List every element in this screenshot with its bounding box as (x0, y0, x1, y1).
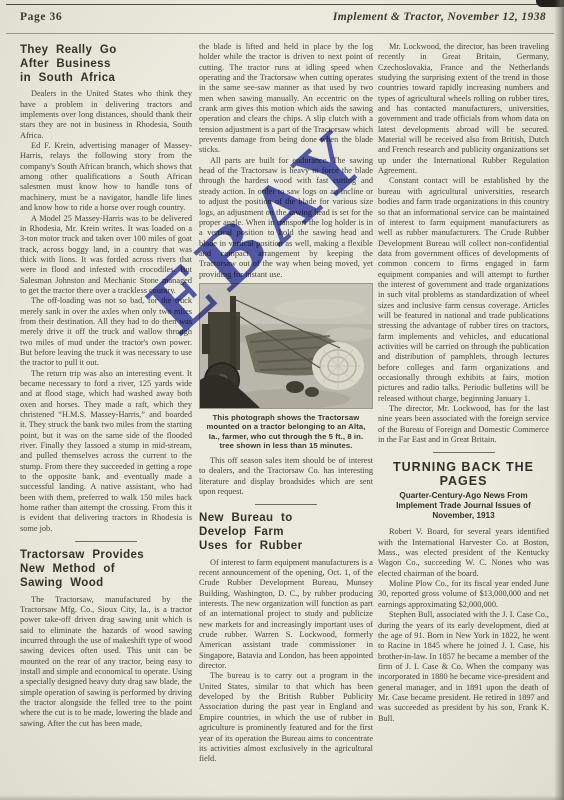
top-rule (6, 4, 554, 5)
title-line: They Really Go (20, 44, 192, 58)
turning-back-subtitle: Quarter-Century-Ago News From Implement … (384, 491, 543, 521)
paragraph: Moline Plow Co., for its fiscal year end… (378, 579, 549, 610)
section-divider (75, 541, 137, 542)
title-line: After Business (20, 58, 192, 72)
title-line: Uses for Rubber (199, 540, 373, 554)
page-header: Page 36 Implement & Tractor, November 12… (20, 11, 546, 23)
paragraph: The bureau is to carry out a program in … (199, 671, 373, 764)
column-2: the blade is lifted and held in place by… (199, 42, 373, 796)
title-line: New Method of (20, 563, 192, 577)
scan-right-edge (554, 0, 564, 800)
title-line: in South Africa (20, 72, 192, 86)
paragraph: Robert V. Board, for several years ident… (378, 527, 549, 579)
paragraph: Dealers in the United States who think t… (20, 89, 192, 141)
article-title-south-africa: They Really Go After Business in South A… (20, 44, 192, 85)
paragraph: All parts are built for endurance. The s… (199, 156, 373, 280)
tractorsaw-photo-image (199, 283, 373, 409)
title-line: Tractorsaw Provides (20, 549, 192, 563)
section-divider (255, 504, 317, 505)
title-line: Develop Farm (199, 526, 373, 540)
paragraph: A Model 25 Massey-Harris was to be deliv… (20, 214, 192, 297)
tractorsaw-photo (199, 283, 373, 409)
photo-caption: This photograph shows the Tractorsaw mou… (201, 413, 371, 451)
paragraph: Mr. Lockwood, the director, has been tra… (378, 42, 549, 176)
paragraph: Constant contact will be established by … (378, 176, 549, 404)
paragraph: The director, Mr. Lockwood, has for the … (378, 404, 549, 445)
paragraph: Ed F. Krein, advertising manager of Mass… (20, 141, 192, 213)
title-line: Sawing Wood (20, 577, 192, 591)
turning-back-title: TURNING BACK THE PAGES (378, 460, 549, 488)
scan-bottom-edge (0, 795, 564, 800)
paragraph: Stephen Bull, associated with the J. I. … (378, 610, 549, 724)
column-1: They Really Go After Business in South A… (20, 42, 192, 796)
article-title-rubber-bureau: New Bureau to Develop Farm Uses for Rubb… (199, 512, 373, 553)
column-3: Mr. Lockwood, the director, has been tra… (378, 42, 549, 796)
paragraph: This off season sales item should be of … (199, 456, 373, 497)
section-divider (433, 452, 495, 453)
paragraph: Of interest to farm equipment manufactur… (199, 558, 373, 672)
title-line: New Bureau to (199, 512, 373, 526)
paragraph: The return trip was also an interesting … (20, 369, 192, 535)
paragraph: The off-loading was not so bad, for the … (20, 296, 192, 368)
paragraph: The Tractorsaw, manufactured by the Trac… (20, 595, 192, 729)
journal-masthead: Implement & Tractor, November 12, 1938 (333, 11, 546, 23)
magazine-page-scan: Page 36 Implement & Tractor, November 12… (0, 0, 564, 800)
paragraph: the blade is lifted and held in place by… (199, 42, 373, 156)
page-number: Page 36 (20, 11, 62, 23)
header-rule (6, 33, 554, 34)
article-title-tractorsaw: Tractorsaw Provides New Method of Sawing… (20, 549, 192, 590)
